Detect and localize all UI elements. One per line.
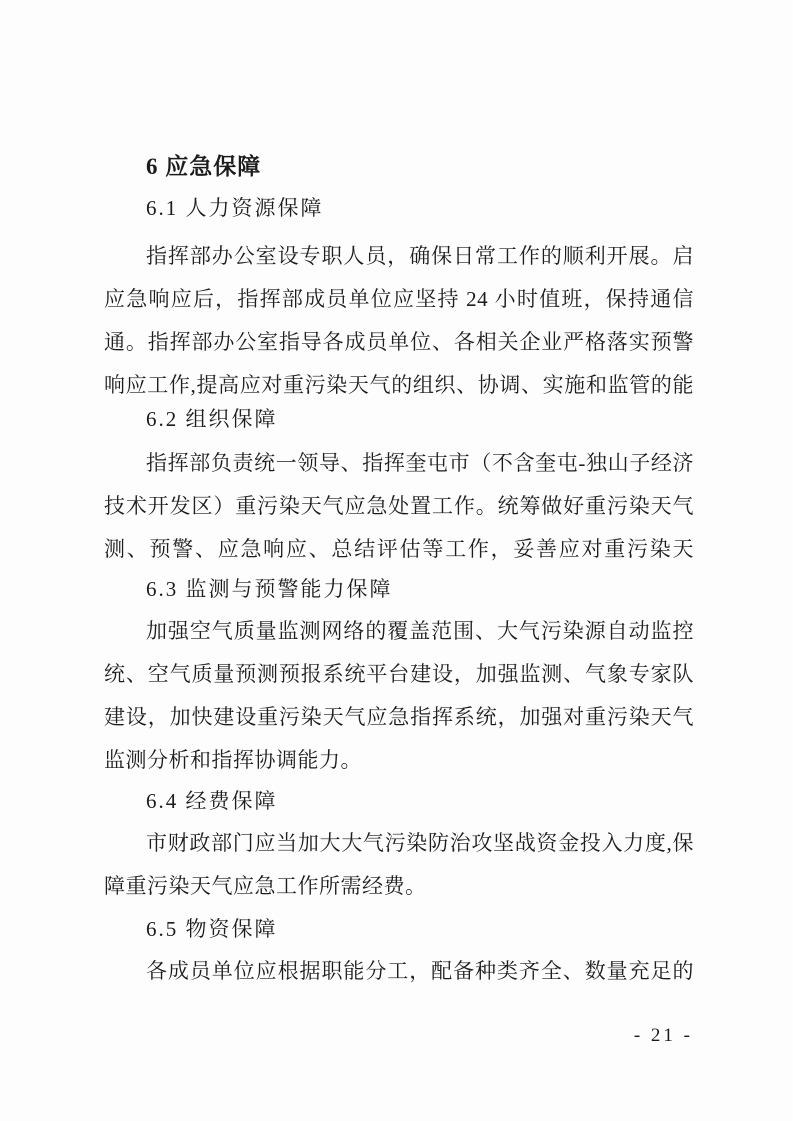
paragraph-line: 指挥部负责统一领导、指挥奎屯市（不含奎屯-独山子经济 — [104, 442, 694, 485]
page-number: - 21 - — [634, 1022, 693, 1050]
paragraph-6-1: 指挥部办公室设专职人员，确保日常工作的顺利开展。启动 应急响应后，指挥部成员单位… — [104, 235, 694, 407]
paragraph-line: 监测分析和指挥协调能力。 — [104, 739, 694, 782]
paragraph-6-5: 各成员单位应根据职能分工，配备种类齐全、数量充足的应 — [104, 950, 694, 993]
chapter-heading: 6 应急保障 — [104, 145, 694, 188]
section-heading-6-1: 6.1 人力资源保障 — [104, 187, 694, 230]
document-page: 6 应急保障 6.1 人力资源保障 指挥部办公室设专职人员，确保日常工作的顺利开… — [0, 0, 793, 1121]
paragraph-line: 建设，加快建设重污染天气应急指挥系统，加强对重污染天气的 — [104, 696, 694, 739]
paragraph-6-2: 指挥部负责统一领导、指挥奎屯市（不含奎屯-独山子经济 技术开发区）重污染天气应急… — [104, 442, 694, 571]
section-heading-6-3: 6.3 监测与预警能力保障 — [104, 568, 694, 611]
paragraph-line: 加强空气质量监测网络的覆盖范围、大气污染源自动监控系 — [104, 610, 694, 653]
paragraph-line: 指挥部办公室设专职人员，确保日常工作的顺利开展。启动 — [104, 235, 694, 278]
paragraph-line: 技术开发区）重污染天气应急处置工作。统筹做好重污染天气预 — [104, 485, 694, 528]
section-heading-6-5: 6.5 物资保障 — [104, 908, 694, 951]
paragraph-line: 应急响应后，指挥部成员单位应坚持 24 小时值班，保持通信畅 — [104, 278, 694, 321]
paragraph-6-3: 加强空气质量监测网络的覆盖范围、大气污染源自动监控系 统、空气质量预测预报系统平… — [104, 610, 694, 782]
section-heading-6-4: 6.4 经费保障 — [104, 780, 694, 823]
paragraph-line: 统、空气质量预测预报系统平台建设，加强监测、气象专家队伍 — [104, 653, 694, 696]
paragraph-line: 各成员单位应根据职能分工，配备种类齐全、数量充足的应 — [104, 950, 694, 993]
section-heading-6-2: 6.2 组织保障 — [104, 398, 694, 441]
paragraph-line: 障重污染天气应急工作所需经费。 — [104, 865, 694, 908]
paragraph-line: 通。指挥部办公室指导各成员单位、各相关企业严格落实预警和 — [104, 321, 694, 364]
paragraph-6-4: 市财政部门应当加大大气污染防治攻坚战资金投入力度,保 障重污染天气应急工作所需经… — [104, 822, 694, 908]
paragraph-line: 测、预警、应急响应、总结评估等工作，妥善应对重污染天气。 — [104, 528, 694, 571]
paragraph-line: 市财政部门应当加大大气污染防治攻坚战资金投入力度,保 — [104, 822, 694, 865]
